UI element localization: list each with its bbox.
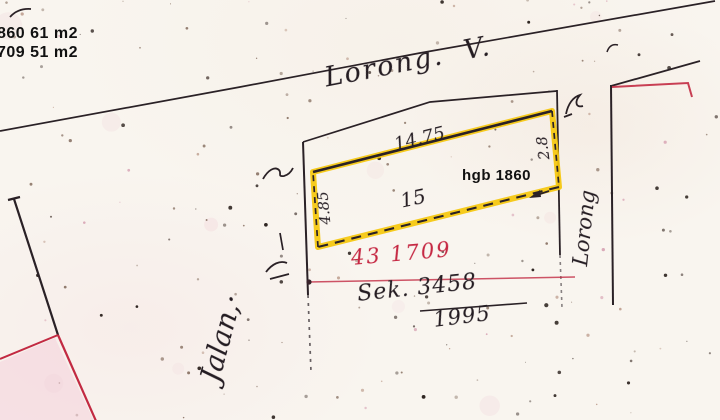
red-survey-line [308, 277, 575, 282]
parcel-bottom-edge [318, 187, 559, 247]
cadastral-map-scan: 860 61 m2 709 51 m2 hgb 1860 Lorong. V. … [0, 0, 720, 420]
hand-mark-squiggle-1 [263, 168, 293, 179]
registration-fraction-line [420, 303, 527, 311]
parcel-yellow-highlight [313, 111, 559, 247]
top-right-red-boundary-line [612, 83, 692, 97]
map-drawing-layer [0, 0, 720, 420]
hand-mark-squiggle-2 [266, 262, 289, 279]
block-left-boundary-line [303, 142, 308, 295]
parcel-top-edge [313, 111, 552, 172]
hand-mark-small-hook [607, 45, 618, 52]
block-left-boundary-faded [308, 295, 311, 372]
hand-mark-tick [280, 233, 283, 250]
road-right-left-boundary-faded [560, 255, 562, 308]
pink-wash-region [0, 338, 94, 420]
hand-mark-squiggle-3 [564, 95, 583, 117]
road-right-right-boundary-line [611, 85, 613, 305]
paper-speckles [0, 0, 718, 419]
survey-line-junction-dot [306, 279, 311, 284]
road-top-upper-boundary-line [0, 1, 715, 131]
left-parcel-boundary-line [8, 197, 58, 335]
